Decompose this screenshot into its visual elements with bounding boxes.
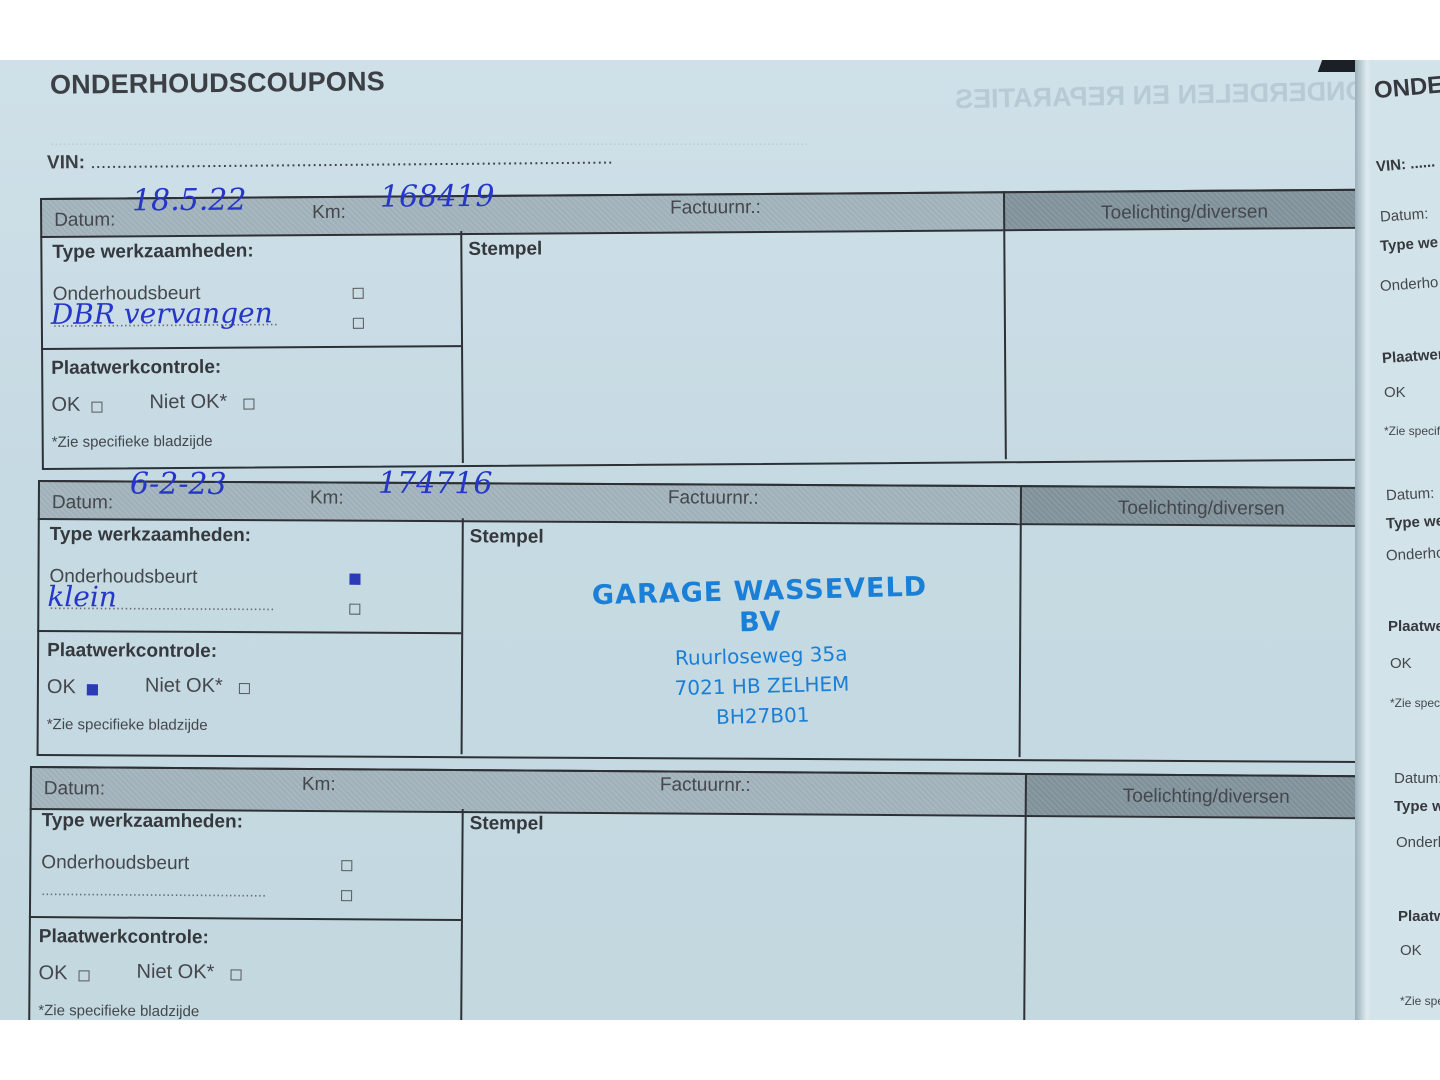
right-onderhoud-1: Onderho bbox=[1379, 274, 1438, 295]
other-work-checkbox[interactable] bbox=[341, 890, 352, 901]
other-work-value[interactable]: klein bbox=[47, 580, 117, 613]
right-plaatwerk-1: Plaatwer bbox=[1381, 346, 1440, 367]
datum-value[interactable]: 18.5.22 bbox=[132, 183, 247, 219]
other-work-dotted-line: ........................................… bbox=[41, 882, 266, 901]
onderhoudsbeurt-checkbox[interactable] bbox=[353, 288, 364, 299]
right-plaatwerk-3: Plaatwer bbox=[1398, 908, 1440, 925]
stempel-label: Stempel bbox=[468, 238, 542, 261]
maintenance-coupon: Datum: 18.5.22 Km: 168419 Factuurnr.: To… bbox=[40, 189, 1367, 466]
vin-label: VIN: bbox=[47, 152, 85, 173]
bleed-through-text: ........................................… bbox=[50, 132, 808, 149]
ok-label: OK bbox=[51, 394, 80, 417]
factuurnr-label: Factuurnr.: bbox=[668, 487, 759, 509]
plaatwerkcontrole-label: Plaatwerkcontrole: bbox=[47, 640, 217, 663]
maintenance-coupon: Datum: Km: Factuurnr.: Toelichting/diver… bbox=[28, 766, 1398, 1020]
factuurnr-label: Factuurnr.: bbox=[660, 774, 751, 797]
plaatwerkcontrole-label: Plaatwerkcontrole: bbox=[39, 926, 209, 949]
km-value[interactable]: 168419 bbox=[380, 179, 495, 215]
vin-dotted-line: ........................................… bbox=[90, 148, 613, 174]
ok-checkbox[interactable] bbox=[91, 402, 102, 413]
footnote-label: *Zie specifieke bladzijde bbox=[47, 716, 208, 734]
footnote-label: *Zie specifieke bladzijde bbox=[38, 1002, 199, 1020]
ok-checkbox[interactable] bbox=[78, 970, 89, 981]
right-datum-2: Datum: bbox=[1386, 485, 1435, 505]
niet-ok-checkbox[interactable] bbox=[243, 399, 254, 410]
toelichting-label: Toelichting/diversen bbox=[1101, 201, 1268, 224]
bleed-through-title: ONDERDELEN EN REPARATIES bbox=[955, 76, 1367, 116]
onderhoudsbeurt-checkbox[interactable] bbox=[341, 860, 352, 871]
factuurnr-label: Factuurnr.: bbox=[670, 197, 761, 220]
right-type-1: Type we bbox=[1379, 234, 1438, 255]
datum-label: Datum: bbox=[44, 778, 105, 800]
ok-label: OK bbox=[38, 962, 67, 985]
km-label: Km: bbox=[310, 487, 344, 509]
km-label: Km: bbox=[312, 202, 346, 224]
ok-label: OK bbox=[47, 676, 76, 699]
maintenance-coupon: Datum: 6-2-23 Km: 174716 Factuurnr.: Toe… bbox=[37, 480, 1386, 759]
toelichting-label: Toelichting/diversen bbox=[1123, 786, 1290, 809]
stamp-garage-name: GARAGE WASSEVELD BV bbox=[569, 571, 950, 643]
type-werkzaamheden-label: Type werkzaamheden: bbox=[42, 810, 243, 833]
niet-ok-label: Niet OK* bbox=[136, 961, 214, 985]
page-title: ONDERHOUDSCOUPONS bbox=[50, 66, 385, 101]
onderhoudsbeurt-checkbox[interactable] bbox=[349, 574, 360, 585]
right-datum-1: Datum: bbox=[1379, 205, 1428, 225]
niet-ok-label: Niet OK* bbox=[145, 675, 223, 698]
right-footnote-1: *Zie specifi bbox=[1384, 424, 1440, 438]
right-plaatwerk-2: Plaatwer bbox=[1388, 618, 1440, 635]
right-page-title: ONDEI bbox=[1373, 71, 1440, 106]
other-work-checkbox[interactable] bbox=[349, 604, 360, 615]
toelichting-label: Toelichting/diversen bbox=[1118, 498, 1285, 521]
right-vin: VIN: ...... bbox=[1375, 153, 1435, 175]
right-onderhoud-3: Onderho bbox=[1396, 834, 1440, 851]
stamp-city: 7021 HB ZELHEM bbox=[572, 669, 952, 703]
right-ok-3: OK bbox=[1400, 942, 1422, 959]
other-work-value[interactable]: DBR vervangen bbox=[51, 296, 273, 331]
stempel-label: Stempel bbox=[470, 526, 544, 548]
datum-value[interactable]: 6-2-23 bbox=[130, 466, 227, 502]
niet-ok-checkbox[interactable] bbox=[231, 969, 242, 980]
maintenance-coupons-page: ONDERDELEN EN REPARATIES ...............… bbox=[0, 60, 1372, 1020]
other-work-checkbox[interactable] bbox=[353, 318, 364, 329]
datum-label: Datum: bbox=[54, 209, 115, 231]
right-onderhoud-2: Onderho bbox=[1386, 544, 1440, 564]
onderhoudsbeurt-label: Onderhoudsbeurt bbox=[41, 852, 189, 875]
km-value[interactable]: 174716 bbox=[378, 466, 493, 502]
km-label: Km: bbox=[302, 774, 336, 796]
stempel-label: Stempel bbox=[470, 813, 544, 836]
niet-ok-label: Niet OK* bbox=[149, 391, 227, 415]
right-ok-2: OK bbox=[1390, 655, 1412, 672]
right-page-edge: ONDEI VIN: ...... Datum: Type we Onderho… bbox=[1372, 60, 1440, 1020]
garage-stamp: GARAGE WASSEVELD BVRuurloseweg 35a7021 H… bbox=[569, 571, 953, 733]
datum-label: Datum: bbox=[52, 492, 113, 514]
right-footnote-2: *Zie specifi bbox=[1390, 696, 1440, 710]
right-footnote-3: *Zie specifi bbox=[1400, 994, 1440, 1008]
footnote-label: *Zie specifieke bladzijde bbox=[52, 433, 213, 451]
stamp-street: Ruurloseweg 35a bbox=[571, 639, 951, 673]
vin-field[interactable]: VIN: ...................................… bbox=[47, 148, 613, 175]
type-werkzaamheden-label: Type werkzaamheden: bbox=[50, 524, 251, 547]
right-datum-3: Datum: bbox=[1394, 770, 1440, 787]
right-type-2: Type we bbox=[1386, 512, 1440, 532]
niet-ok-checkbox[interactable] bbox=[239, 683, 250, 694]
right-ok-1: OK bbox=[1384, 384, 1406, 401]
ok-checkbox[interactable] bbox=[87, 684, 98, 695]
right-type-3: Type we bbox=[1394, 798, 1440, 815]
document-photo: ONDERDELEN EN REPARATIES ...............… bbox=[0, 60, 1440, 1020]
plaatwerkcontrole-label: Plaatwerkcontrole: bbox=[51, 357, 221, 380]
type-werkzaamheden-label: Type werkzaamheden: bbox=[52, 241, 253, 264]
